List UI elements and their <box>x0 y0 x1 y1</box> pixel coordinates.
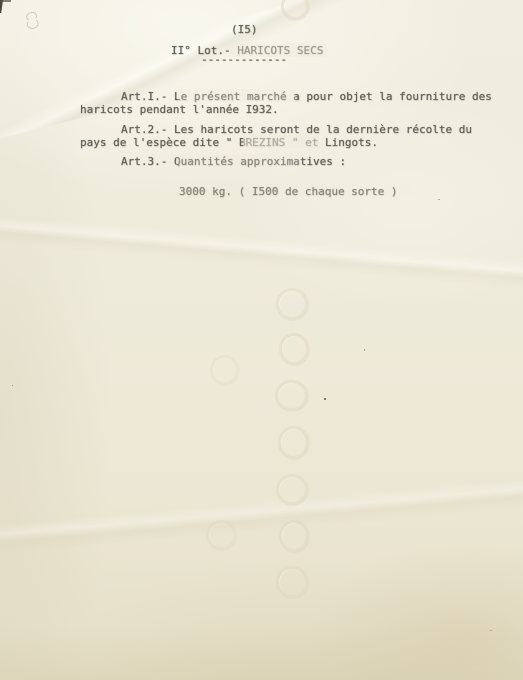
paper-speck <box>12 385 13 386</box>
paper-watermark <box>279 520 309 552</box>
paper-speck <box>324 398 326 400</box>
scanned-document-page: (I5) II° Lot.- HARICOTS SECS -----------… <box>0 0 523 680</box>
quantity-line: 3000 kg. ( I500 de chaque sorte ) <box>179 185 398 198</box>
article-2-line-2: pays de l'espèce dite " BREZINS " et Lin… <box>80 136 378 149</box>
paper-watermark <box>276 474 308 505</box>
paper-speck <box>490 630 492 631</box>
scan-edge-artifact <box>0 0 11 2</box>
article-3-line-1: Art.3.- Quantités approximatives : <box>121 155 346 168</box>
paper-watermark <box>206 520 236 550</box>
page-number: (I5) <box>231 23 258 36</box>
paper-crease <box>0 205 523 296</box>
pencil-mark <box>23 11 40 31</box>
paper-crease <box>0 454 523 566</box>
paper-watermark <box>210 355 239 385</box>
paper-watermark <box>276 566 308 598</box>
paper-watermark <box>278 426 309 459</box>
paper-watermark <box>276 288 308 320</box>
article-2-line-1: Art.2.- Les haricots seront de la derniè… <box>121 123 472 136</box>
paper-watermark <box>275 380 308 411</box>
paper-speck <box>438 199 440 200</box>
paper-watermark <box>279 333 309 365</box>
paper-speck <box>364 349 365 351</box>
lot-title-underline: ------------- <box>201 53 287 66</box>
article-1-line-1: Art.I.- Le présent marché a pour objet l… <box>121 90 492 103</box>
article-1-line-2: haricots pendant l'année I932. <box>80 103 279 116</box>
paper-watermark <box>281 0 309 20</box>
